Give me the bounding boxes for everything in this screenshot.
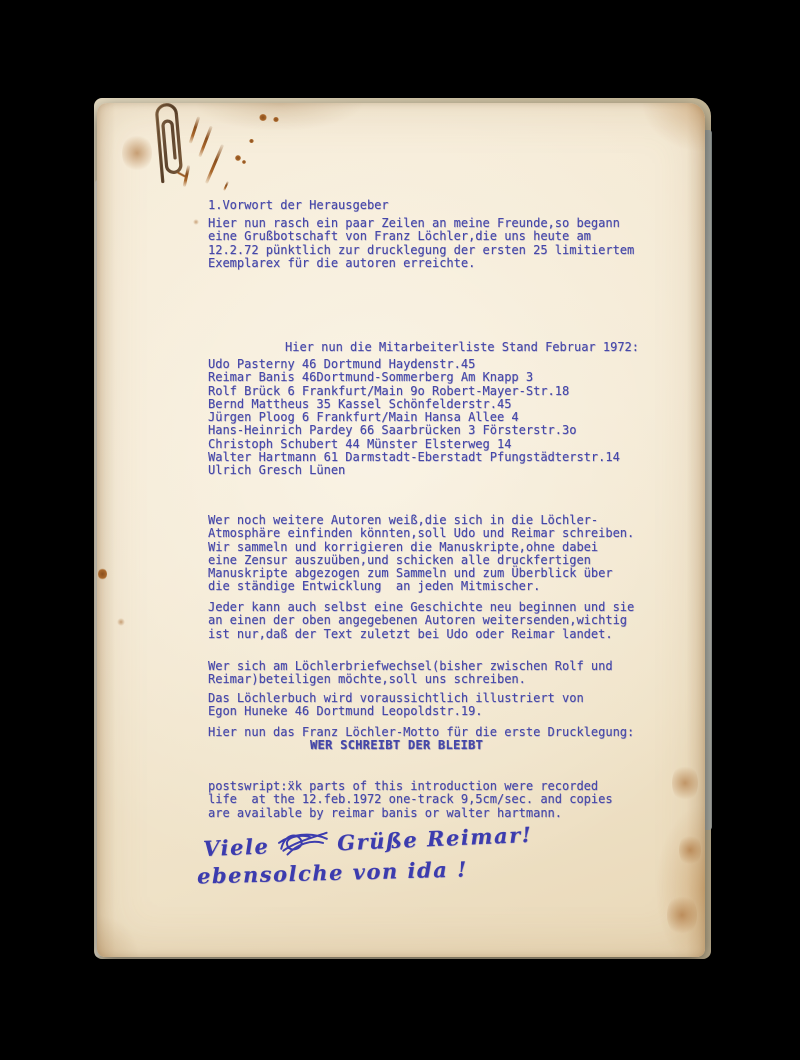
- contributor-list: Udo Pasterny 46 Dortmund Haydenstr.45Rei…: [208, 358, 620, 478]
- paragraph-briefwechsel: Wer sich am Löchlerbriefwechsel(bisher z…: [208, 660, 613, 687]
- paragraph-illustration: Das Löchlerbuch wird voraussichtlich ill…: [208, 692, 584, 719]
- text-line: Udo Pasterny 46 Dortmund Haydenstr.45: [208, 358, 620, 371]
- text-line: Wer noch weitere Autoren weiß,die sich i…: [208, 514, 634, 527]
- text-line: eine Grußbotschaft von Franz Löchler,die…: [208, 230, 634, 243]
- stain: [679, 833, 701, 867]
- scribbled-out-word: [277, 829, 330, 859]
- stain: [193, 219, 199, 225]
- handwriting-word: Viele: [203, 833, 270, 861]
- handwriting-word: ebensolche von ida !: [197, 856, 468, 888]
- stain: [249, 139, 254, 143]
- contributor-list-header: Hier nun die Mitarbeiterliste Stand Febr…: [285, 341, 639, 354]
- text-line: Egon Huneke 46 Dortmund Leopoldstr.19.: [208, 705, 584, 718]
- handwritten-greeting-line2: ebensolche von ida !: [197, 856, 468, 888]
- stain: [273, 117, 279, 122]
- text-line: Hans-Heinrich Pardey 66 Saarbrücken 3 Fö…: [208, 424, 620, 437]
- stain: [259, 114, 267, 121]
- text-line: Manuskripte abgezogen zum Sammeln und zu…: [208, 567, 634, 580]
- postscript: postswript:ẍk parts of this introduction…: [208, 780, 613, 820]
- text-line: Christoph Schubert 44 Münster Elsterweg …: [208, 438, 620, 451]
- section-heading: 1.Vorwort der Herausgeber: [208, 199, 389, 212]
- handwriting-word: Grüße Reimar!: [337, 821, 533, 854]
- text-line: Atmosphäre einfinden könnten,soll Udo un…: [208, 527, 634, 540]
- paragraph-restart: Jeder kann auch selbst eine Geschichte n…: [208, 601, 634, 641]
- text-line: Das Löchlerbuch wird voraussichtlich ill…: [208, 692, 584, 705]
- text-line: Hier nun rasch ein paar Zeilen an meine …: [208, 217, 634, 230]
- text-line: life at the 12.feb.1972 one-track 9,5cm/…: [208, 793, 613, 806]
- text-line: Jeder kann auch selbst eine Geschichte n…: [208, 601, 634, 614]
- text-line: Bernd Mattheus 35 Kassel Schönfelderstr.…: [208, 398, 620, 411]
- paperclip: [145, 97, 195, 196]
- rust-streak: [205, 144, 224, 184]
- text-line: Exemplarex für die autoren erreichte.: [208, 257, 634, 270]
- stain: [235, 155, 241, 161]
- paperclip-icon: [145, 97, 195, 192]
- rust-streak: [223, 181, 229, 191]
- text-line: ist nur,daß der Text zuletzt bei Udo ode…: [208, 628, 634, 641]
- stain: [242, 160, 246, 164]
- text-line: Reimar Banis 46Dortmund-Sommerberg Am Kn…: [208, 371, 620, 384]
- stain: [98, 568, 107, 580]
- text-line: Rolf Brück 6 Frankfurt/Main 9o Robert-Ma…: [208, 385, 620, 398]
- text-line: are available by reimar banis or walter …: [208, 807, 613, 820]
- text-line: 12.2.72 pünktlich zur drucklegung der er…: [208, 244, 634, 257]
- handwritten-greeting-line1: Viele Grüße Reimar!: [203, 820, 533, 862]
- stain: [672, 763, 698, 803]
- text-line: Ulrich Gresch Lünen: [208, 464, 620, 477]
- text-line: an einen der oben angegebenen Autoren we…: [208, 614, 634, 627]
- paragraph-authors: Wer noch weitere Autoren weiß,die sich i…: [208, 514, 634, 594]
- intro-paragraph: Hier nun rasch ein paar Zeilen an meine …: [208, 217, 634, 270]
- text-line: Wir sammeln und korrigieren die Manuskri…: [208, 541, 634, 554]
- stain: [667, 893, 697, 937]
- text-line: Wer sich am Löchlerbriefwechsel(bisher z…: [208, 660, 613, 673]
- text-line: postswript:ẍk parts of this introduction…: [208, 780, 613, 793]
- text-line: Reimar)beteiligen möchte,soll uns schrei…: [208, 673, 613, 686]
- scanned-document-page: 1.Vorwort der Herausgeber Hier nun rasch…: [97, 103, 705, 957]
- text-line: die ständige Entwicklung an jeden Mitmis…: [208, 580, 634, 593]
- text-line: Walter Hartmann 61 Darmstadt-Eberstadt P…: [208, 451, 620, 464]
- stain: [117, 618, 125, 626]
- motto: WER SCHREIBT DER BLEIBT: [310, 739, 483, 752]
- text-line: Jürgen Ploog 6 Frankfurt/Main Hansa Alle…: [208, 411, 620, 424]
- rust-streak: [198, 126, 213, 158]
